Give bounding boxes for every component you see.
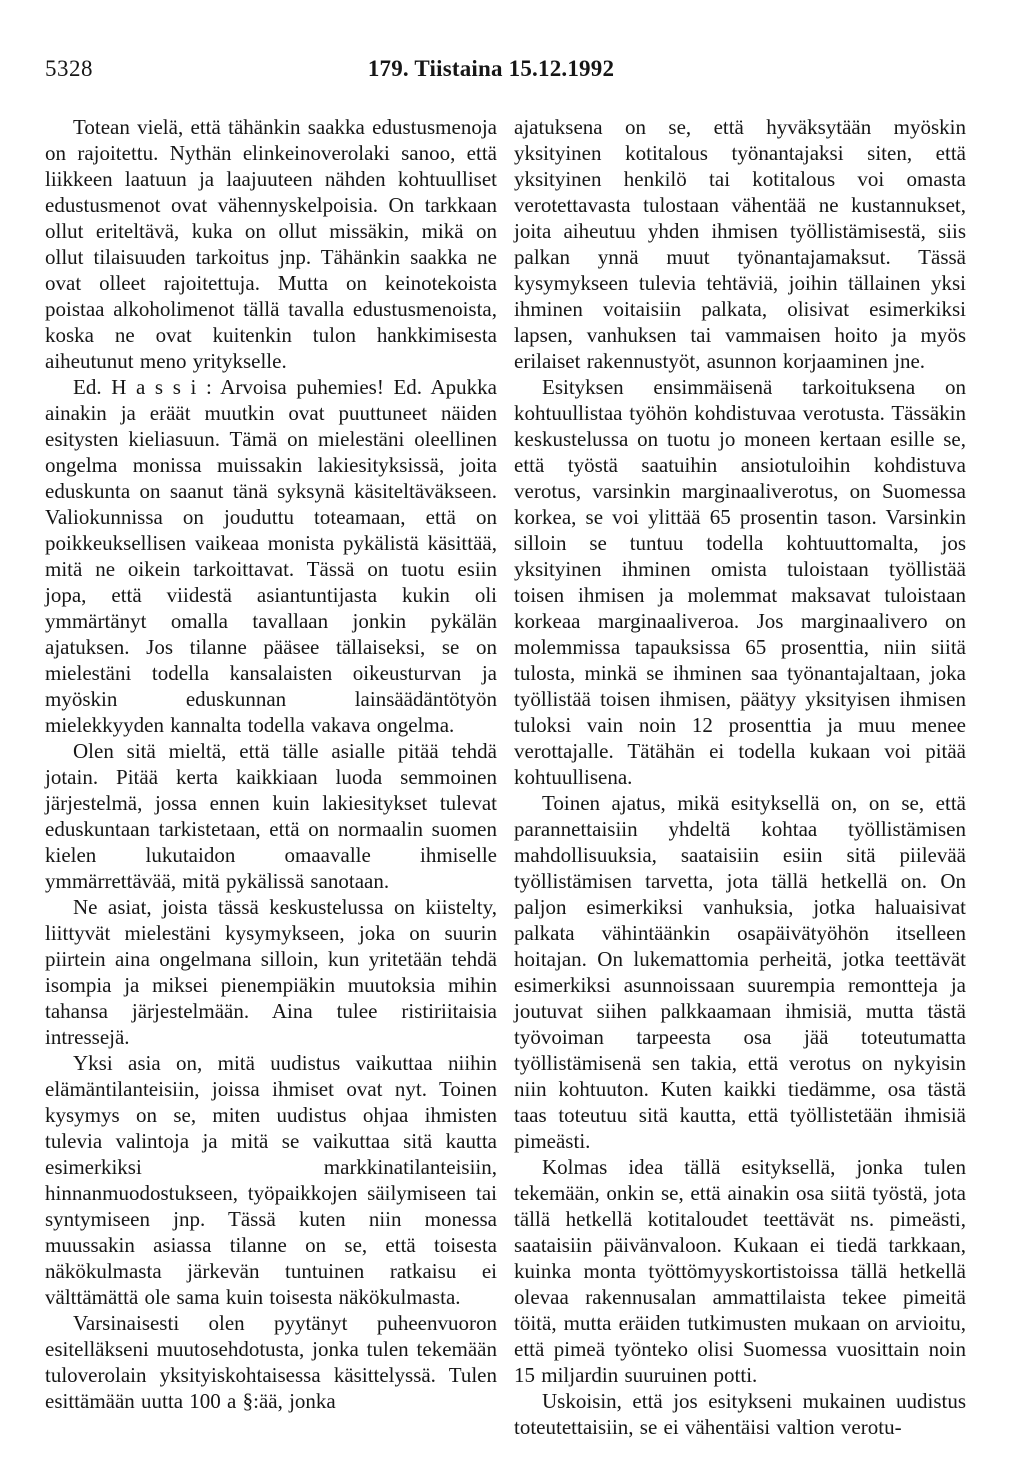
paragraph-conflicting-interests: Ne asiat, joista tässä keskustelussa on … bbox=[45, 894, 497, 1050]
paragraph-household-employer: ajatuksena on se, että hyväksytään myösk… bbox=[514, 114, 966, 374]
paragraph-hassi-speech-start: Ed. H a s s i : Arvoisa puhemies! Ed. Ap… bbox=[45, 374, 497, 738]
page-header: 5328 179. Tiistaina 15.12.1992 bbox=[45, 56, 977, 86]
session-title: 179. Tiistaina 15.12.1992 bbox=[45, 56, 937, 82]
right-column: ajatuksena on se, että hyväksytään myösk… bbox=[514, 114, 966, 1440]
paragraph-reform-effects: Yksi asia on, mitä uudistus vaikuttaa ni… bbox=[45, 1050, 497, 1310]
paragraph-employment-potential: Toinen ajatus, mikä esityksellä on, on s… bbox=[514, 790, 966, 1154]
paragraph-representation-expenses: Totean vielä, että tähänkin saakka edust… bbox=[45, 114, 497, 374]
paragraph-undeclared-work: Kolmas idea tällä esityksellä, jonka tul… bbox=[514, 1154, 966, 1388]
paragraph-law-language: Olen sitä mieltä, että tälle asialle pit… bbox=[45, 738, 497, 894]
paragraph-state-tax-revenue: Uskoisin, että jos esitykseni mukainen u… bbox=[514, 1388, 966, 1440]
scanned-document-page: 5328 179. Tiistaina 15.12.1992 Totean vi… bbox=[0, 0, 1024, 1476]
left-column: Totean vielä, että tähänkin saakka edust… bbox=[45, 114, 497, 1440]
text-columns: Totean vielä, että tähänkin saakka edust… bbox=[45, 114, 977, 1440]
paragraph-amendment-proposal: Varsinaisesti olen pyytänyt puheenvuoron… bbox=[45, 1310, 497, 1414]
paragraph-taxation-moderation: Esityksen ensimmäisenä tarkoituksena on … bbox=[514, 374, 966, 790]
